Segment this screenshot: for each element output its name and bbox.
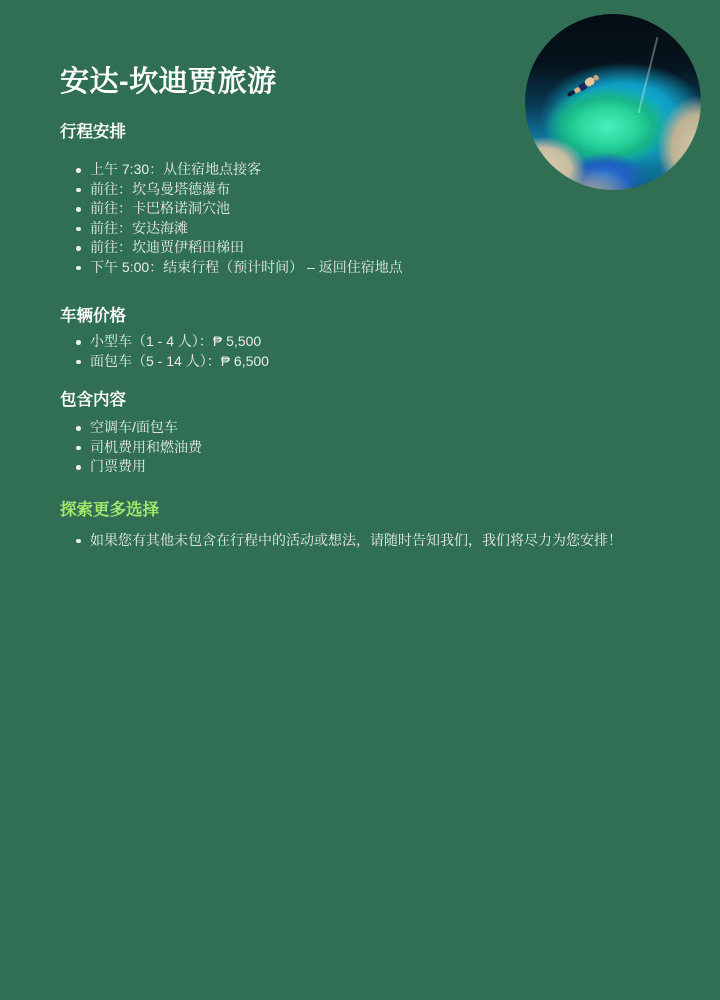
list-item: 前往：安达海滩 bbox=[90, 219, 680, 239]
section-inclusions: 包含内容 空调车/面包车 司机费用和燃油费 门票费用 bbox=[60, 390, 680, 477]
more-options-list: 如果您有其他未包含在行程中的活动或想法，请随时告知我们，我们将尽力为您安排！ bbox=[60, 531, 680, 551]
list-item: 空调车/面包车 bbox=[90, 418, 680, 438]
list-item: 小型车（1 - 4 人）：₱ 5,500 bbox=[90, 332, 680, 352]
section-more-options: 探索更多选择 如果您有其他未包含在行程中的活动或想法，请随时告知我们，我们将尽力… bbox=[60, 500, 680, 551]
more-options-heading: 探索更多选择 bbox=[60, 500, 680, 520]
itinerary-heading: 行程安排 bbox=[60, 122, 680, 142]
list-item: 前往：坎乌曼塔德瀑布 bbox=[90, 180, 680, 200]
list-item: 下午 5:00：结束行程（预计时间） – 返回住宿地点 bbox=[90, 258, 680, 278]
section-vehicle-prices: 车辆价格 小型车（1 - 4 人）：₱ 5,500 面包车（5 - 14 人）：… bbox=[60, 306, 680, 371]
list-item: 如果您有其他未包含在行程中的活动或想法，请随时告知我们，我们将尽力为您安排！ bbox=[90, 531, 680, 551]
page-title: 安达-坎迪贾旅游 bbox=[60, 64, 680, 100]
list-item: 司机费用和燃油费 bbox=[90, 438, 680, 458]
list-item: 面包车（5 - 14 人）：₱ 6,500 bbox=[90, 352, 680, 372]
vehicle-prices-list: 小型车（1 - 4 人）：₱ 5,500 面包车（5 - 14 人）：₱ 6,5… bbox=[60, 332, 680, 371]
vehicle-prices-heading: 车辆价格 bbox=[60, 306, 680, 326]
inclusions-list: 空调车/面包车 司机费用和燃油费 门票费用 bbox=[60, 418, 680, 477]
list-item: 前往：坎迪贾伊稻田梯田 bbox=[90, 238, 680, 258]
document-page: 安达-坎迪贾旅游 行程安排 上午 7:30：从住宿地点接客 前往：坎乌曼塔德瀑布… bbox=[0, 0, 720, 1000]
list-item: 上午 7:30：从住宿地点接客 bbox=[90, 160, 680, 180]
list-item: 门票费用 bbox=[90, 457, 680, 477]
list-item: 前往：卡巴格诺洞穴池 bbox=[90, 199, 680, 219]
section-itinerary: 行程安排 上午 7:30：从住宿地点接客 前往：坎乌曼塔德瀑布 前往：卡巴格诺洞… bbox=[60, 122, 680, 277]
inclusions-heading: 包含内容 bbox=[60, 390, 680, 410]
itinerary-list: 上午 7:30：从住宿地点接客 前往：坎乌曼塔德瀑布 前往：卡巴格诺洞穴池 前往… bbox=[60, 160, 680, 277]
document-content: 安达-坎迪贾旅游 行程安排 上午 7:30：从住宿地点接客 前往：坎乌曼塔德瀑布… bbox=[60, 64, 680, 550]
